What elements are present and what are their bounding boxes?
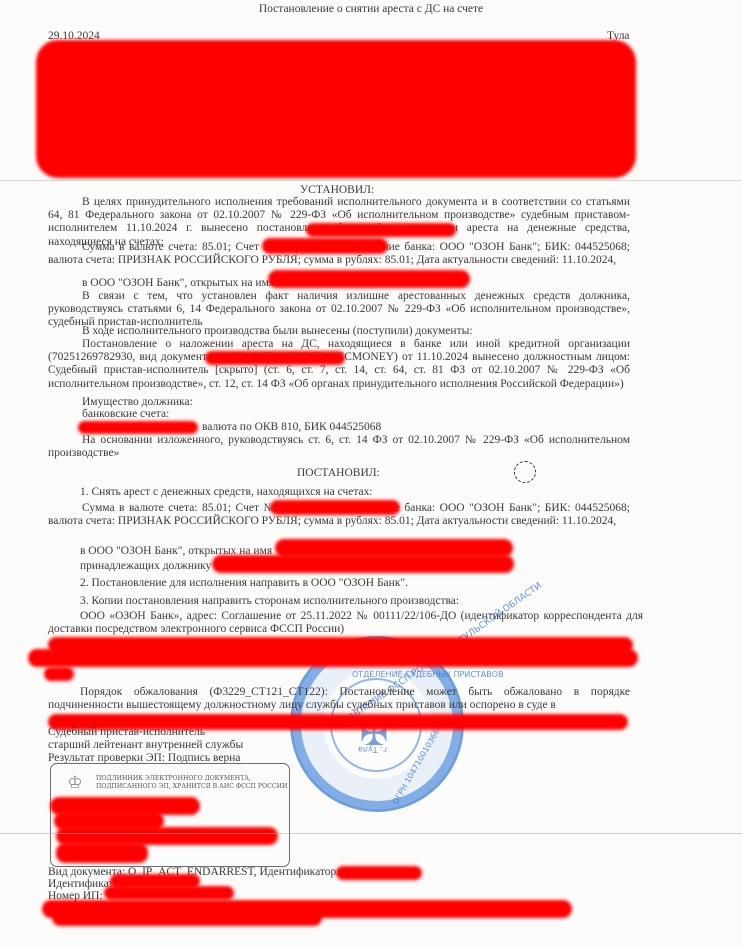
redaction-recipient-3 (44, 667, 74, 681)
redaction-header-block (36, 40, 636, 178)
redaction-account-number (262, 238, 388, 254)
redaction-footer-2 (52, 910, 322, 926)
decided-heading: ПОСТАНОВИЛ: (297, 467, 380, 480)
redaction-document-identifier (336, 866, 422, 880)
accounts-label: банковские счета: (82, 408, 169, 421)
redaction-signature-4 (56, 843, 148, 863)
item-1-debtor: принадлежащих должнику (80, 560, 211, 573)
redaction-bailiff-name (205, 351, 345, 365)
paragraph-documents-issued: В ходе исполнительного производства были… (82, 325, 473, 338)
item-2-send-bank: 2. Постановление для исполнения направит… (80, 577, 408, 590)
paragraph-legal-basis: На основании изложенного, руководствуясь… (48, 434, 630, 460)
stamp-city: г. Тула (358, 745, 387, 754)
appeal-procedure: Порядок обжалования (Ф3229_СТ121_СТ122):… (48, 686, 630, 712)
paragraph-excess-arrest: В связи с тем, что установлен факт налич… (48, 290, 630, 330)
item-3-recipient-details: ООО «ОЗОН Банк», адрес: Соглашение от 25… (48, 610, 643, 636)
item-1-lift-arrest: 1. Снять арест с денежных средств, наход… (80, 486, 373, 499)
loading-spinner-icon (514, 461, 536, 483)
paragraph-bank-owner: в ООО "ОЗОН Банк", открытых на имя (82, 277, 274, 290)
signer-rank: старший лейтенант внутренней службы (48, 739, 243, 752)
signer-role: Судебный пристав-исполнитель (48, 726, 205, 739)
paper-crease-lower (0, 833, 742, 834)
redaction-case-number (104, 886, 234, 900)
account-currency-line: валюта по ОКВ 810, БИК 044525068 (202, 421, 381, 434)
signature-box-caption: ПОДЛИННИК ЭЛЕКТРОННОГО ДОКУМЕНТА, ПОДПИС… (96, 775, 287, 791)
signature-caption-line-2: ПОДПИСАННОГО ЭП, ХРАНИТСЯ В АИС ФССП РОС… (96, 783, 287, 791)
paper-crease (0, 180, 742, 181)
redaction-recipient-2 (28, 649, 638, 667)
stamp-inner-text: ОТДЕЛЕНИЕ СУДЕБНЫХ ПРИСТАВОВ (352, 670, 504, 679)
item-3-copies: 3. Копии постановления направить сторона… (80, 595, 459, 608)
signature-caption-line-1: ПОДЛИННИК ЭЛЕКТРОННОГО ДОКУМЕНТА, (96, 775, 287, 783)
redaction-order-number (306, 223, 456, 237)
scanned-document-page: Постановление о снятии ареста с ДС на сч… (0, 0, 742, 947)
crest-icon: ♔ (64, 771, 86, 795)
document-title: Постановление о снятии ареста с ДС на сч… (0, 3, 742, 15)
redaction-owner-name (268, 270, 470, 288)
redaction-account-number-2 (270, 500, 400, 515)
redaction-debtor-name (212, 555, 514, 573)
redaction-account-list (78, 421, 198, 434)
